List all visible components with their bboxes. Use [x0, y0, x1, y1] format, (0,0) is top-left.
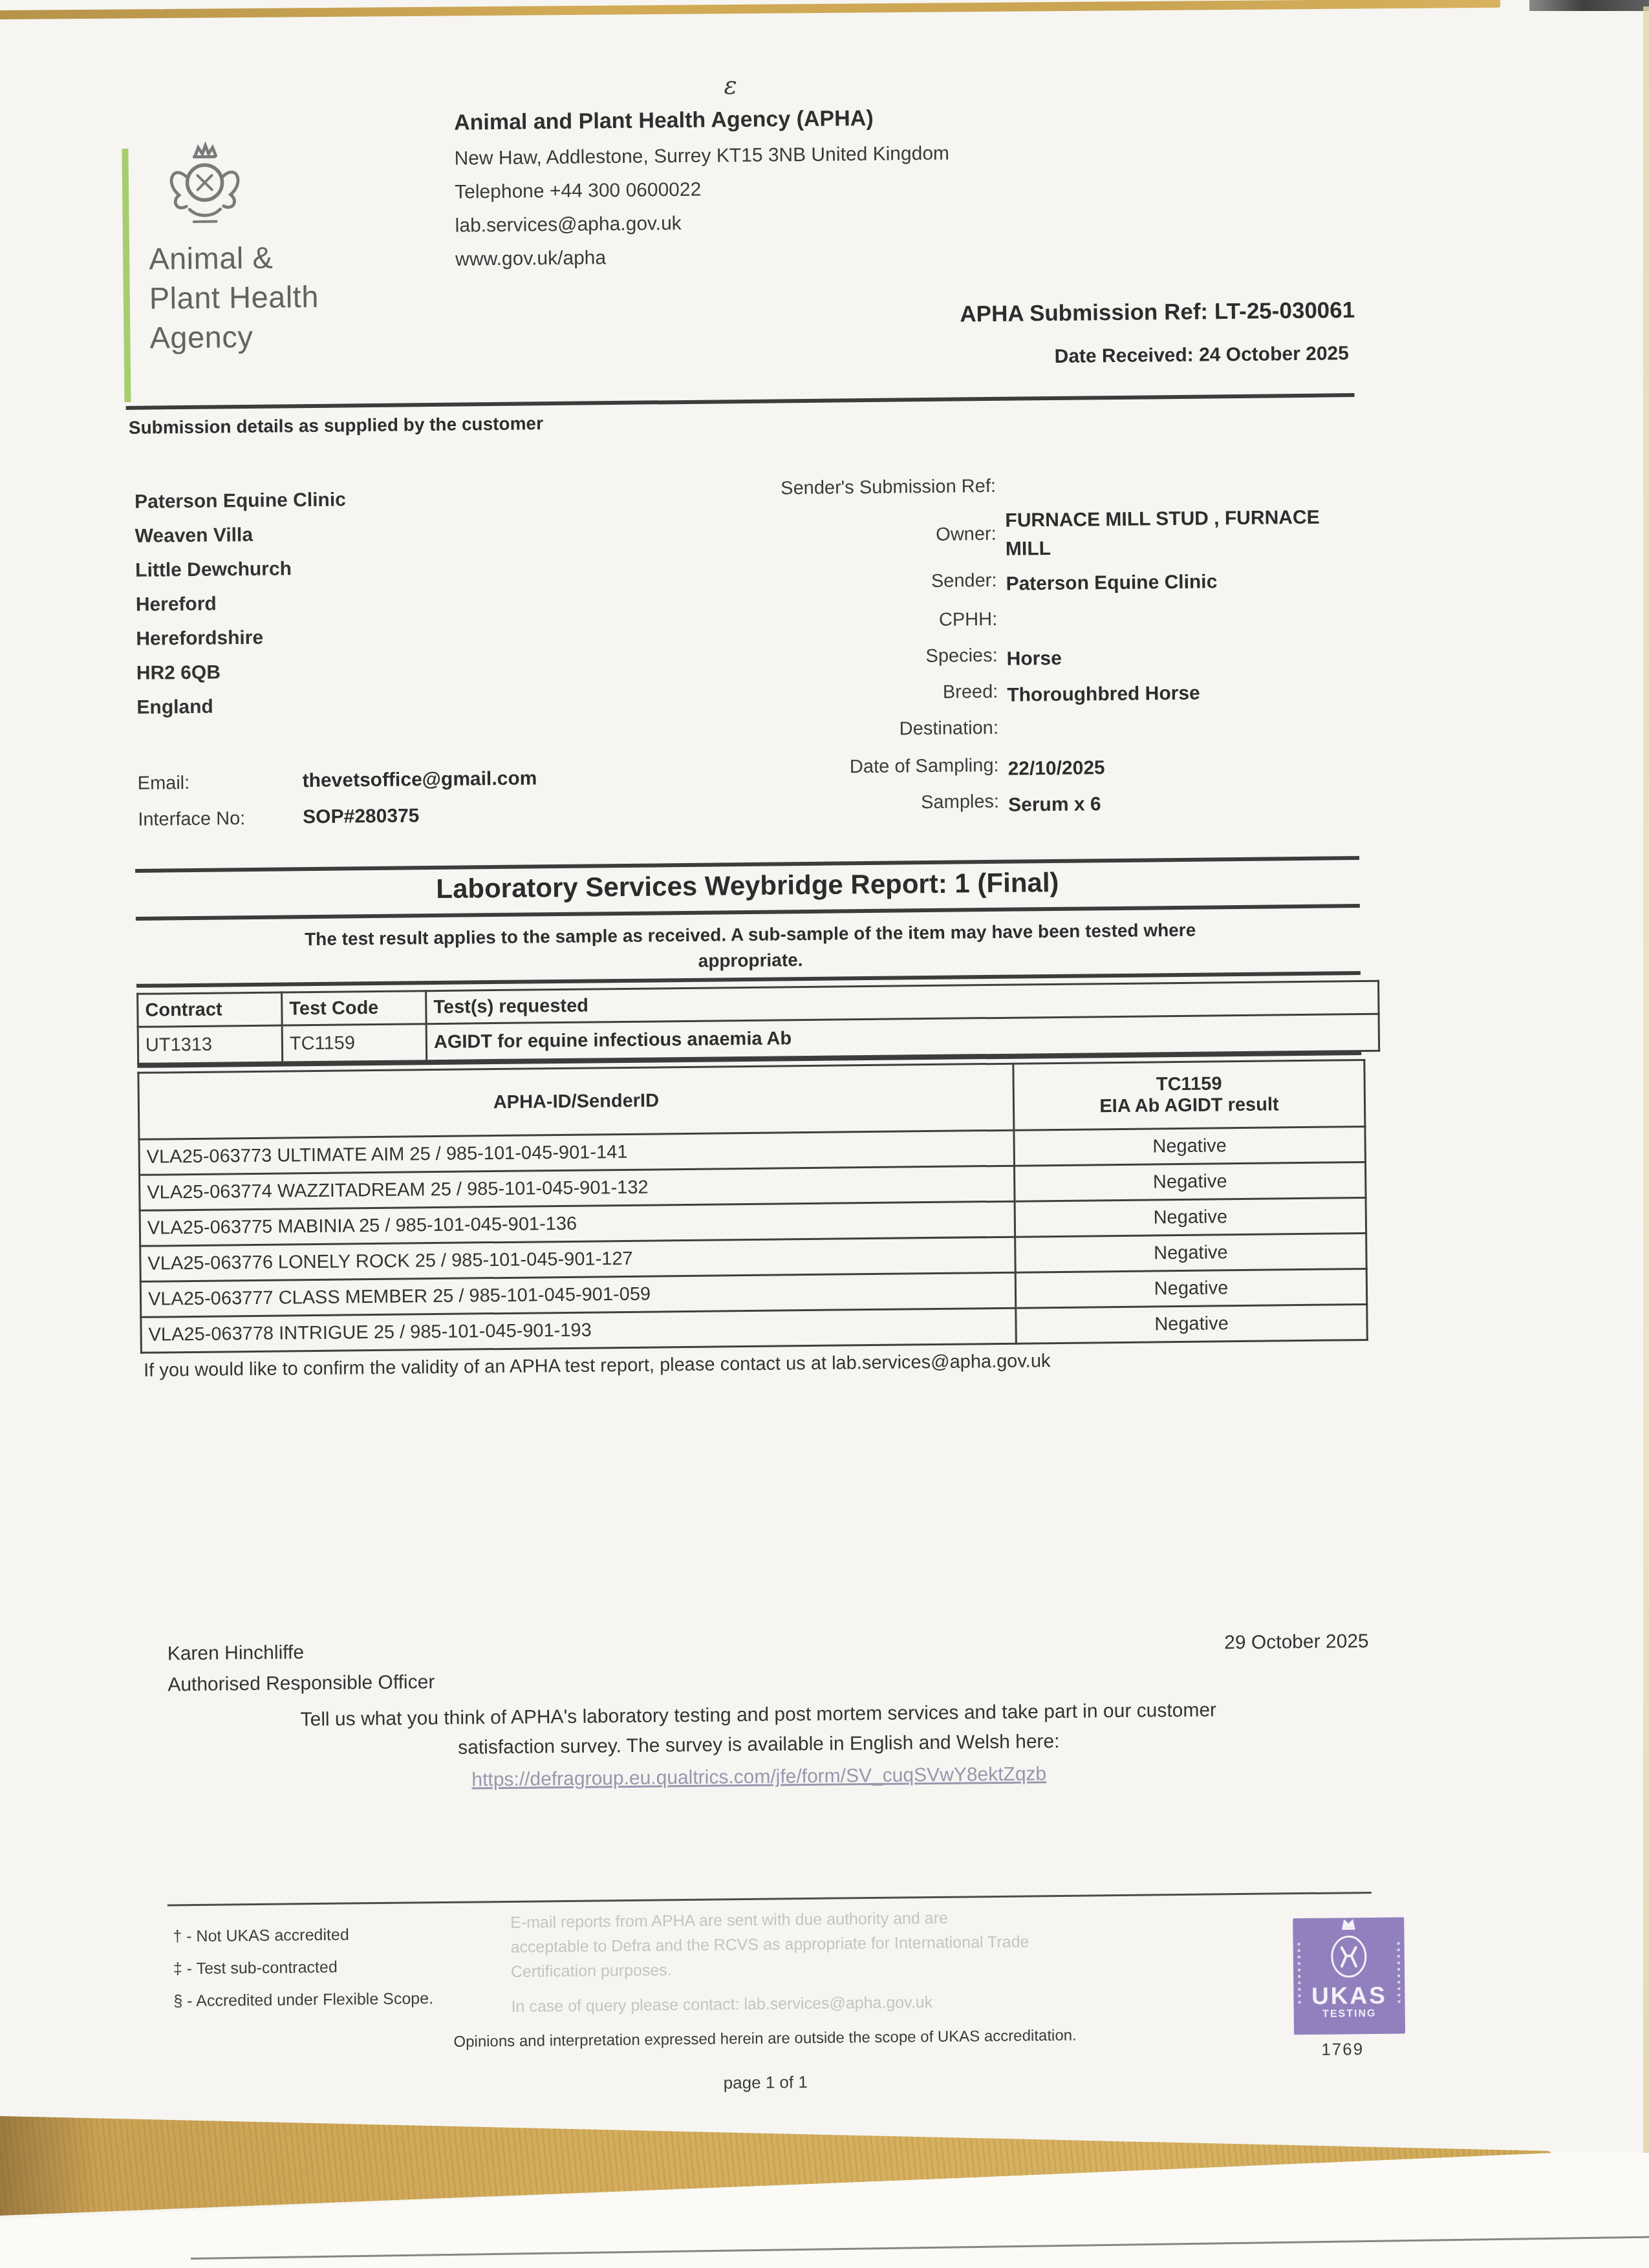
field-date-of-sampling: Date of Sampling: 22/10/2025 — [706, 751, 1372, 787]
report-note: The test result applies to the sample as… — [252, 917, 1249, 979]
faint-footer-line3: Certification purposes. — [511, 1961, 672, 1982]
interface-no-label: Interface No: — [138, 808, 245, 831]
logo-line1: Animal & — [149, 237, 319, 279]
scanned-document: ε Animal & Plant Health Agency Animal an… — [0, 0, 1649, 2268]
col-result: TC1159 EIA Ab AGIDT result — [1013, 1060, 1365, 1130]
ukas-number: 1769 — [1321, 2039, 1364, 2060]
logo-line2: Plant Health — [149, 277, 319, 318]
submission-ref: APHA Submission Ref: LT-25-030061 — [773, 297, 1355, 329]
address-line: Paterson Equine Clinic — [135, 482, 346, 519]
agency-website: www.gov.uk/apha — [455, 247, 606, 270]
field-sender-ref: Sender's Submission Ref: — [704, 472, 1370, 500]
survey-text-line2: satisfaction survey. The survey is avail… — [186, 1728, 1331, 1762]
agency-address: New Haw, Addlestone, Surrey KT15 3NB Uni… — [454, 143, 949, 170]
date-received: Date Received: 24 October 2025 — [773, 343, 1349, 370]
address-line: Herefordshire — [136, 619, 347, 656]
contract-value: UT1313 — [138, 1025, 283, 1064]
footer-divider — [167, 1892, 1372, 1906]
footnote-not-accredited: † - Not UKAS accredited — [173, 1926, 349, 1947]
ukas-wordmark: UKAS — [1311, 1985, 1387, 2007]
ukas-crown-circle-icon — [1313, 1918, 1385, 1985]
address-line: Hereford — [136, 585, 347, 621]
tests-requested-table: Contract Test Code Test(s) requested UT1… — [136, 980, 1380, 1065]
ukas-testing-logo: UKAS TESTING — [1293, 1917, 1405, 2035]
logo-accent-bar — [122, 149, 131, 402]
sample-result: Negative — [1015, 1268, 1367, 1308]
email-label: Email: — [138, 773, 190, 795]
agency-email: lab.services@apha.gov.uk — [455, 213, 682, 237]
address-line: England — [136, 688, 348, 724]
report-date: 29 October 2025 — [1117, 1631, 1369, 1655]
results-table: APHA-ID/SenderID TC1159 EIA Ab AGIDT res… — [137, 1059, 1368, 1354]
sample-result: Negative — [1015, 1197, 1366, 1237]
report-page: ε Animal & Plant Health Agency Animal an… — [0, 0, 1649, 2268]
sample-result: Negative — [1014, 1126, 1366, 1166]
ukas-side-ticks — [1298, 1943, 1301, 2005]
field-breed: Breed: Thoroughbred Horse — [706, 678, 1372, 713]
ukas-side-ticks — [1397, 1942, 1401, 2004]
footnote-flexible-scope: § - Accredited under Flexible Scope. — [173, 1989, 433, 2011]
footnote-subcontracted: ‡ - Test sub-contracted — [173, 1958, 338, 1979]
section-title: Submission details as supplied by the cu… — [129, 413, 543, 438]
interface-no-value: SOP#280375 — [303, 805, 420, 828]
field-owner: Owner: FURNACE MILL STUD , FURNACE MILL — [704, 503, 1370, 567]
logo-wordmark: Animal & Plant Health Agency — [149, 237, 319, 358]
royal-crest-icon — [151, 141, 255, 233]
faint-footer-line4: In case of query please contact: lab.ser… — [511, 1993, 932, 2017]
field-species: Species: Horse — [706, 641, 1372, 677]
address-line: Weaven Villa — [135, 517, 346, 553]
agency-name: Animal and Plant Health Agency (APHA) — [454, 106, 874, 136]
field-destination: Destination: — [706, 714, 1372, 742]
field-samples: Samples: Serum x 6 — [707, 787, 1373, 823]
header-divider — [126, 393, 1355, 410]
ukas-type-label: TESTING — [1322, 2008, 1377, 2020]
faint-footer-line1: E-mail reports from APHA are sent with d… — [510, 1909, 948, 1932]
col-apha-id: APHA-ID/SenderID — [138, 1064, 1014, 1139]
sample-result: Negative — [1015, 1233, 1367, 1272]
table-header-row: APHA-ID/SenderID TC1159 EIA Ab AGIDT res… — [138, 1060, 1365, 1139]
sample-result: Negative — [1014, 1162, 1366, 1201]
page-number: page 1 of 1 — [216, 2067, 1315, 2099]
address-line: HR2 6QB — [136, 654, 348, 690]
survey-text-line1: Tell us what you think of APHA's laborat… — [186, 1698, 1331, 1733]
sample-result: Negative — [1016, 1304, 1368, 1343]
logo-line3: Agency — [149, 316, 319, 358]
col-test-code: Test Code — [282, 991, 427, 1025]
ukas-scope-note: Opinions and interpretation expressed he… — [215, 2024, 1315, 2054]
test-code-value: TC1159 — [282, 1024, 427, 1062]
customer-address: Paterson Equine Clinic Weaven Villa Litt… — [135, 482, 349, 724]
officer-name: Karen Hinchliffe — [167, 1642, 305, 1665]
col-contract: Contract — [138, 992, 283, 1027]
field-sender: Sender: Paterson Equine Clinic — [704, 566, 1370, 602]
field-cphh: CPHH: — [705, 605, 1371, 634]
address-line: Little Dewchurch — [135, 551, 347, 587]
stray-pen-mark: ε — [724, 71, 737, 100]
survey-link[interactable]: https://defragroup.eu.qualtrics.com/jfe/… — [187, 1760, 1331, 1795]
agency-telephone: Telephone +44 300 0600022 — [455, 179, 702, 204]
validity-note: If you would like to confirm the validit… — [144, 1351, 1051, 1382]
faint-footer-line2: acceptable to Defra and the RCVS as appr… — [510, 1933, 1029, 1957]
email-value: thevetsoffice@gmail.com — [302, 767, 537, 792]
officer-role: Authorised Responsible Officer — [167, 1671, 435, 1696]
